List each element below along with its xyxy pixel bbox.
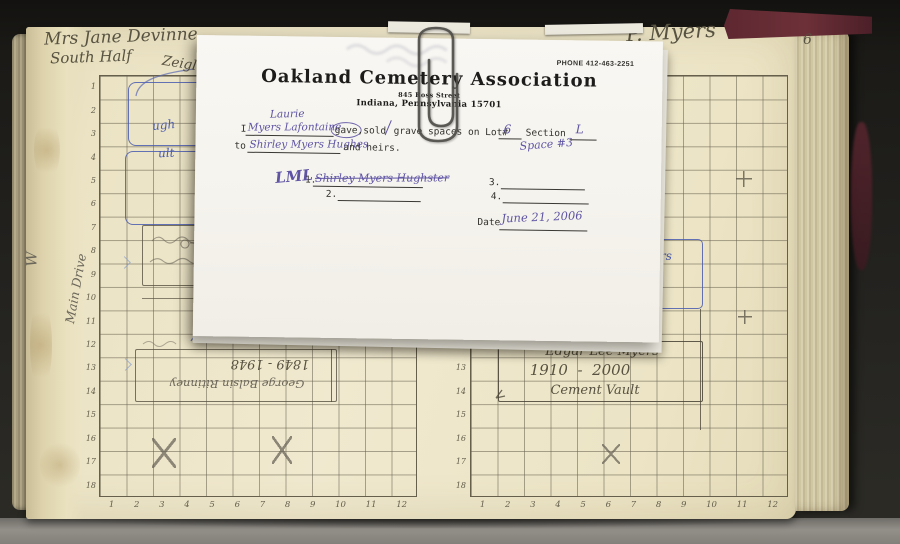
left-col-label-7: 7 bbox=[260, 500, 265, 512]
right-row-label-15: 15 bbox=[456, 410, 466, 419]
section-blank-line bbox=[570, 139, 597, 140]
handwritten-laurie: Laurie bbox=[270, 108, 305, 121]
signature4-line bbox=[503, 202, 589, 204]
right-col-label-4: 4 bbox=[555, 500, 560, 512]
left-col-label-6: 6 bbox=[235, 500, 240, 512]
plot-inscription-years: 1910 - 2000 bbox=[505, 361, 655, 379]
x-mark bbox=[152, 438, 176, 468]
signature3-label: 3. bbox=[489, 177, 501, 188]
page-stain bbox=[34, 120, 60, 180]
signature2-line bbox=[338, 200, 421, 202]
right-row-label-13: 13 bbox=[456, 363, 466, 372]
typed-pronoun: I bbox=[241, 124, 247, 135]
right-col-label-11: 11 bbox=[737, 500, 748, 512]
pencil-line-right-grid bbox=[700, 309, 701, 430]
page-stain bbox=[30, 300, 52, 390]
left-row-label-11: 11 bbox=[86, 317, 96, 326]
right-row-label-16: 16 bbox=[456, 434, 466, 443]
loose-paper-edge bbox=[545, 23, 643, 35]
typed-gave-sold: gave,sold bbox=[335, 125, 387, 137]
handwritten-grantor: Myers Lafontaine bbox=[248, 121, 342, 133]
left-row-label-4: 4 bbox=[91, 153, 96, 162]
blue-name-fragment: ugh bbox=[151, 117, 175, 133]
right-col-label-8: 8 bbox=[656, 500, 661, 512]
right-grid-col-labels: 123456789101112 bbox=[470, 500, 788, 512]
x-mark bbox=[272, 436, 292, 464]
blue-name-fragment: ult bbox=[158, 146, 175, 161]
signature1-line bbox=[313, 186, 423, 189]
page-stain bbox=[40, 440, 80, 490]
left-row-label-3: 3 bbox=[91, 129, 96, 138]
left-col-label-12: 12 bbox=[396, 500, 407, 512]
left-row-label-17: 17 bbox=[86, 457, 96, 466]
left-row-label-16: 16 bbox=[86, 434, 96, 443]
right-col-label-7: 7 bbox=[631, 500, 636, 512]
inverted-name: George Balsin Ritinney bbox=[138, 377, 336, 391]
left-col-label-2: 2 bbox=[134, 500, 139, 512]
date-label: Date bbox=[477, 217, 500, 228]
right-col-label-1: 1 bbox=[480, 500, 485, 512]
left-row-label-10: 10 bbox=[86, 293, 96, 302]
handwritten-lot-number: 6 bbox=[504, 122, 512, 136]
plus-mark bbox=[738, 310, 752, 324]
left-col-label-8: 8 bbox=[285, 500, 290, 512]
right-col-label-9: 9 bbox=[681, 500, 686, 512]
book-cover-right bbox=[851, 122, 872, 270]
signature4-label: 4. bbox=[491, 191, 503, 202]
left-row-label-7: 7 bbox=[91, 223, 96, 232]
half-annotation: South Half bbox=[50, 47, 132, 68]
left-col-label-4: 4 bbox=[184, 500, 189, 512]
handwritten-signature1: Shirley Myers Hughster bbox=[315, 171, 449, 184]
left-row-label-2: 2 bbox=[91, 106, 96, 115]
typed-heirs: and heirs. bbox=[343, 142, 400, 154]
left-col-label-1: 1 bbox=[109, 500, 114, 512]
typed-to-label: to bbox=[234, 141, 246, 152]
page-number: 6 bbox=[803, 32, 812, 48]
phone-number: PHONE 412-463-2251 bbox=[557, 60, 635, 68]
right-col-label-6: 6 bbox=[606, 500, 611, 512]
compass-letter: W bbox=[23, 251, 41, 266]
page-edges-stack bbox=[795, 31, 849, 511]
left-row-label-8: 8 bbox=[91, 246, 96, 255]
left-col-label-5: 5 bbox=[209, 500, 214, 512]
right-col-label-12: 12 bbox=[767, 500, 778, 512]
grantor-blank-line bbox=[246, 135, 334, 137]
right-col-label-10: 10 bbox=[706, 500, 717, 512]
right-row-label-18: 18 bbox=[456, 481, 466, 490]
date-line bbox=[499, 229, 587, 231]
x-mark bbox=[602, 444, 620, 464]
paperclip bbox=[407, 22, 465, 146]
left-row-label-6: 6 bbox=[91, 199, 96, 208]
book-cover-top bbox=[724, 9, 872, 39]
left-row-label-14: 14 bbox=[86, 387, 96, 396]
left-row-label-15: 15 bbox=[86, 410, 96, 419]
grantee-blank-line bbox=[247, 152, 340, 154]
signature3-line bbox=[501, 188, 585, 190]
left-col-label-11: 11 bbox=[366, 500, 377, 512]
left-grid-col-labels: 123456789101112 bbox=[99, 500, 417, 512]
left-row-label-12: 12 bbox=[86, 340, 96, 349]
handwritten-section: L bbox=[576, 122, 584, 136]
handwritten-date: June 21, 2006 bbox=[501, 208, 583, 225]
left-col-label-10: 10 bbox=[335, 500, 346, 512]
plus-mark bbox=[736, 171, 752, 187]
handwritten-space-number: Space #3 bbox=[519, 136, 573, 153]
left-col-label-9: 9 bbox=[310, 500, 315, 512]
photo-background: 123456789101112131415161718 123456789101… bbox=[0, 0, 900, 544]
right-col-label-2: 2 bbox=[505, 500, 510, 512]
left-row-label-13: 13 bbox=[86, 363, 96, 372]
right-row-label-17: 17 bbox=[456, 457, 466, 466]
right-row-label-14: 14 bbox=[456, 387, 466, 396]
right-col-label-5: 5 bbox=[580, 500, 585, 512]
plot-inscription-vault: Cement Vault bbox=[515, 383, 675, 398]
left-row-label-5: 5 bbox=[91, 176, 96, 185]
signature2-label: 2. bbox=[326, 189, 338, 200]
inverted-years: 1849 - 1948 bbox=[208, 356, 332, 371]
left-row-label-9: 9 bbox=[91, 270, 96, 279]
left-grid-row-labels: 123456789101112131415161718 bbox=[82, 75, 96, 497]
left-col-label-3: 3 bbox=[159, 500, 164, 512]
right-col-label-3: 3 bbox=[530, 500, 535, 512]
left-row-label-1: 1 bbox=[91, 82, 96, 91]
left-row-label-18: 18 bbox=[86, 481, 96, 490]
